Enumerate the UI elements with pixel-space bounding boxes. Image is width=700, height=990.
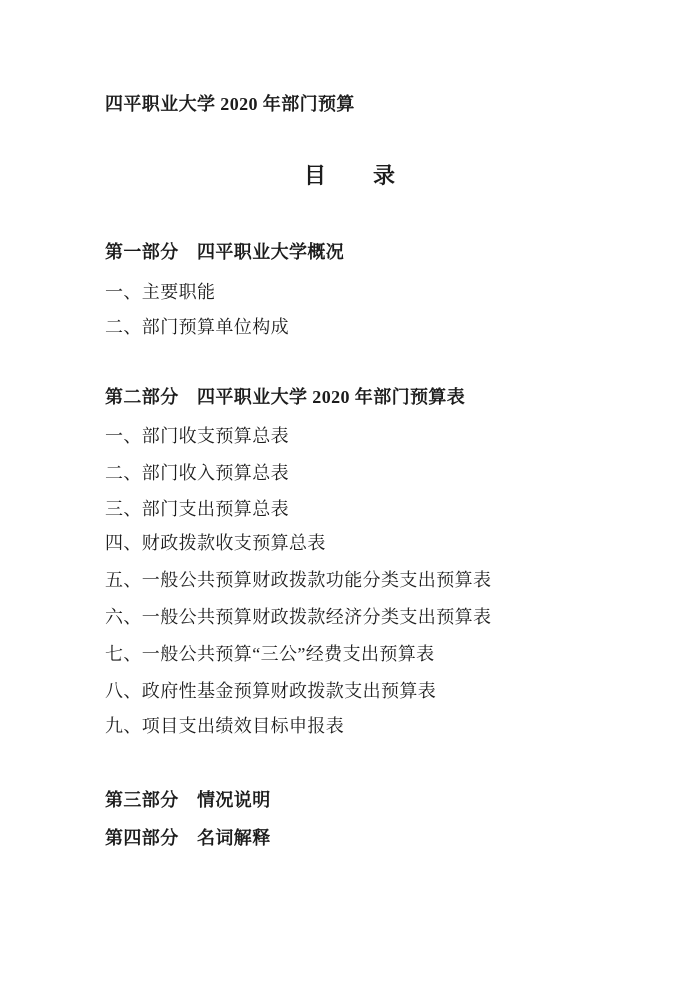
- document-page: 四平职业大学 2020 年部门预算 目 录 第一部分 四平职业大学概况 一、主要…: [0, 0, 700, 990]
- toc-item-part2-1: 一、部门收支预算总表: [105, 424, 640, 448]
- toc-heading: 目 录: [0, 162, 700, 190]
- toc-item-part2-3: 三、部门支出预算总表: [105, 497, 640, 521]
- toc-item-part2-5: 五、一般公共预算财政拨款功能分类支出预算表: [105, 568, 640, 592]
- toc-item-part2-2: 二、部门收入预算总表: [105, 461, 640, 485]
- toc-item-part2-7: 七、一般公共预算“三公”经费支出预算表: [105, 642, 640, 666]
- toc-item-part2-4: 四、财政拨款收支预算总表: [105, 531, 640, 555]
- section-3-heading: 第三部分 情况说明: [105, 788, 640, 812]
- toc-item-part2-6: 六、一般公共预算财政拨款经济分类支出预算表: [105, 605, 640, 629]
- document-title: 四平职业大学 2020 年部门预算: [105, 92, 640, 116]
- section-4-heading: 第四部分 名词解释: [105, 826, 640, 850]
- toc-item-part1-2: 二、部门预算单位构成: [105, 315, 640, 339]
- toc-item-part2-8: 八、政府性基金预算财政拨款支出预算表: [105, 679, 640, 703]
- section-1-heading: 第一部分 四平职业大学概况: [105, 240, 640, 264]
- toc-item-part2-9: 九、项目支出绩效目标申报表: [105, 714, 640, 738]
- section-2-heading: 第二部分 四平职业大学 2020 年部门预算表: [105, 385, 640, 409]
- toc-item-part1-1: 一、主要职能: [105, 280, 640, 304]
